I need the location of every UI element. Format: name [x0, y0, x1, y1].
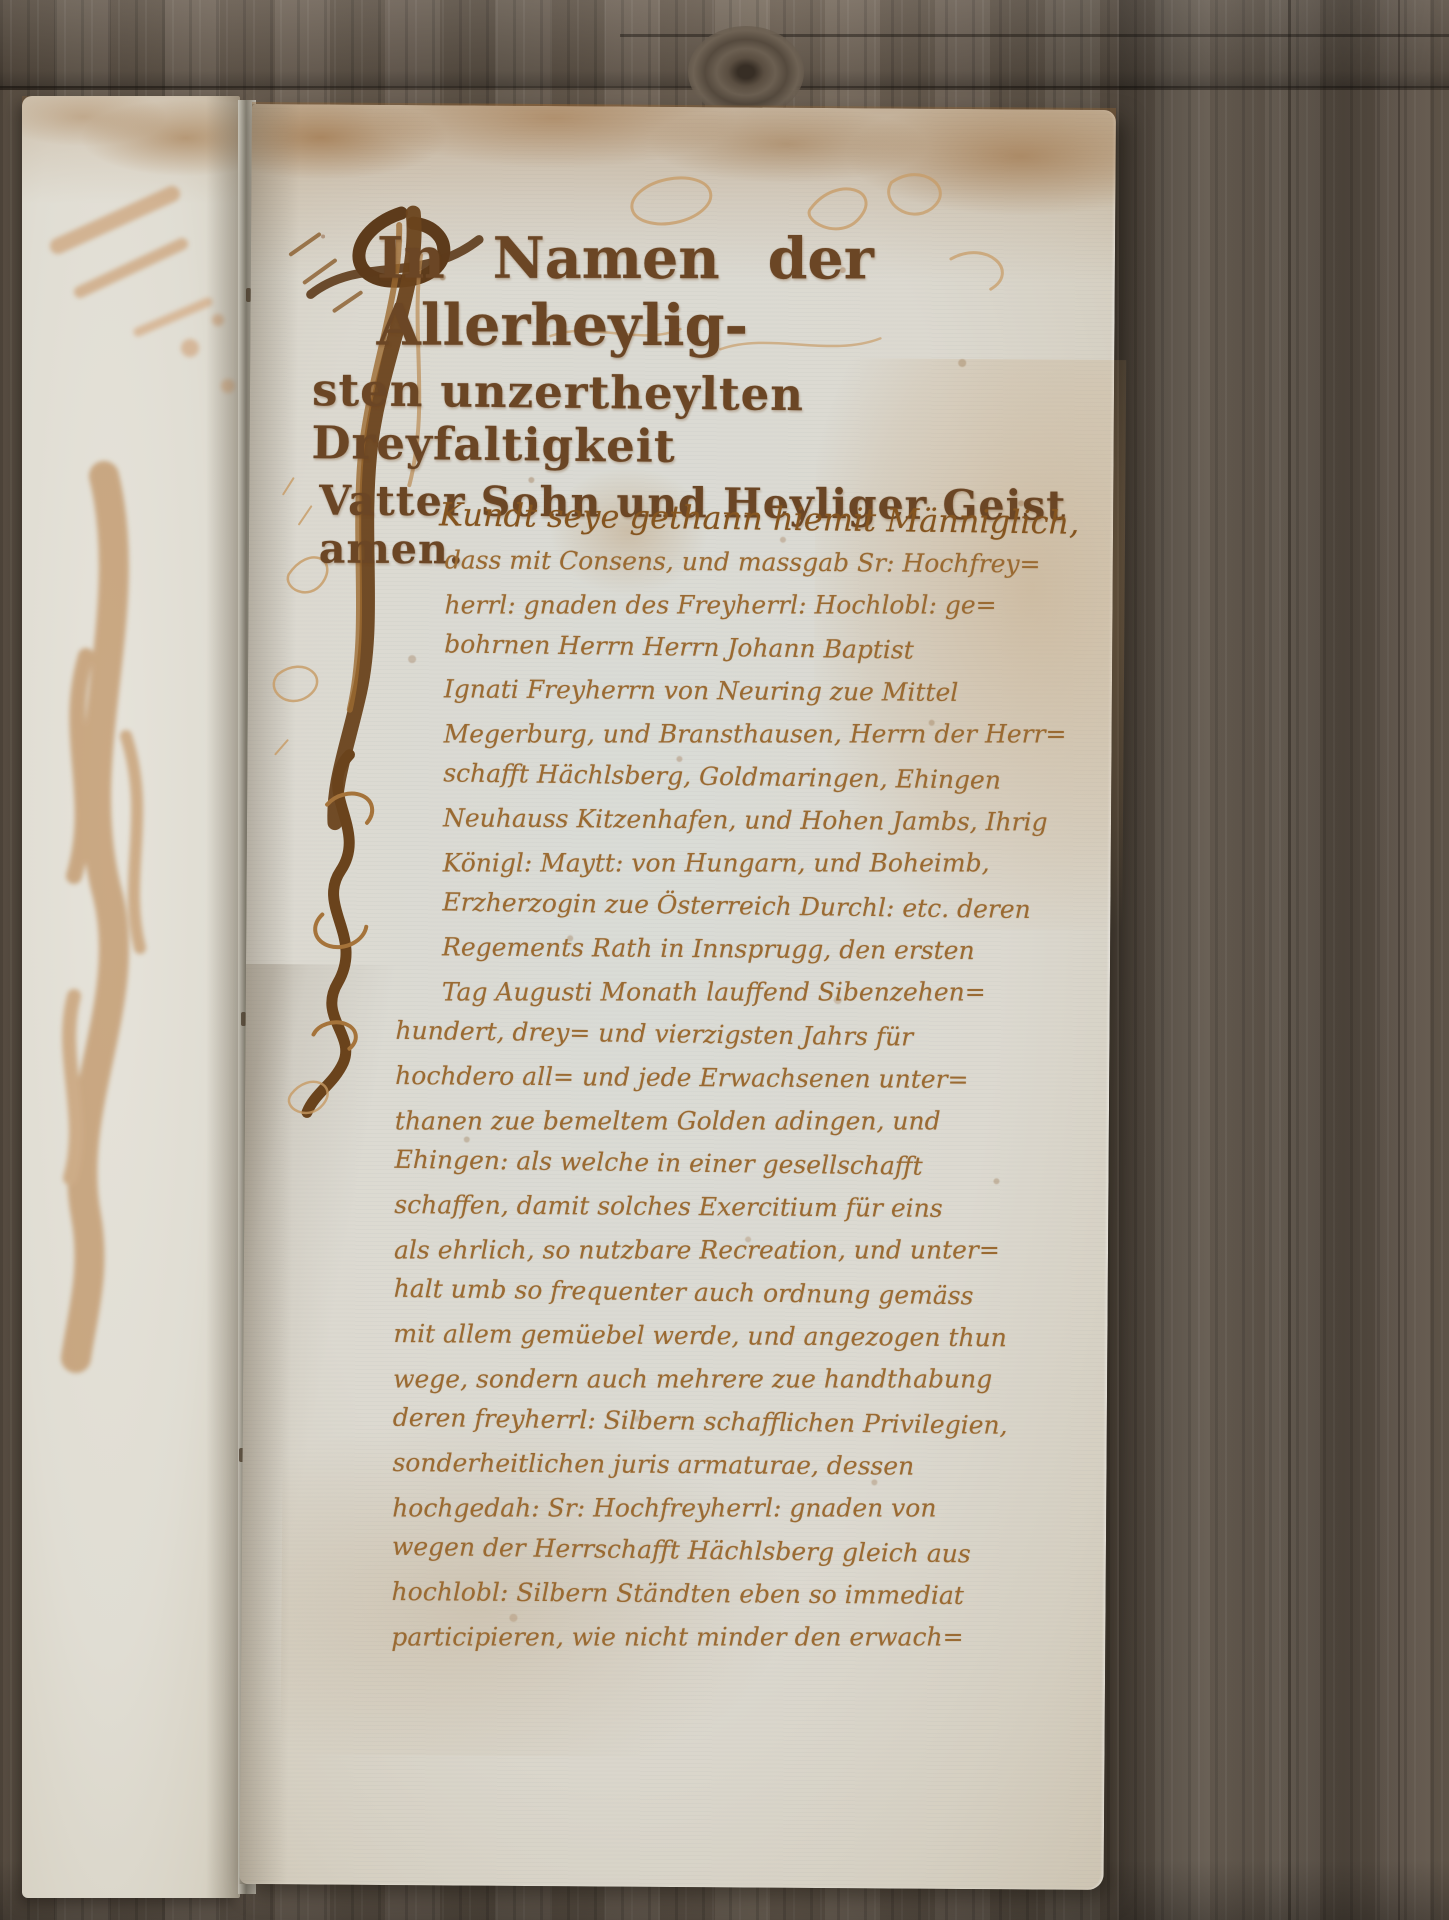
- manuscript-photo: In Namen der Allerheylig- sten unzerthey…: [0, 0, 1449, 1920]
- manuscript-text-line: hochdero all= und jede Erwachsenen unter…: [395, 1054, 1119, 1102]
- manuscript-text-line: Kundt seye gethann hiemit Männiglich,: [399, 493, 1124, 545]
- manuscript-text-line: als ehrlich, so nutzbare Recreation, und…: [394, 1229, 1118, 1272]
- manuscript-text-line: sonderheitlichen juris armaturae, dessen: [392, 1441, 1116, 1489]
- manuscript-text-line: hochgedah: Sr: Hochfreyherrl: gnaden von: [392, 1487, 1116, 1530]
- right-page: In Namen der Allerheylig- sten unzerthey…: [240, 104, 1116, 1890]
- manuscript-text-line: schaffen, damit solches Exercitium für e…: [394, 1183, 1118, 1231]
- manuscript-text-line: deren freyherrl: Silbern schafflichen Pr…: [393, 1396, 1118, 1448]
- manuscript-text-line: Königl: Maytt: von Hungarn, und Boheimb,: [397, 842, 1121, 885]
- manuscript-text-line: hundert, drey= und vierzigsten Jahrs für: [395, 1009, 1120, 1061]
- manuscript-text-line: hochlobl: Silbern Ständten eben so immed…: [391, 1570, 1115, 1618]
- manuscript-text-line: Regements Rath in Innsprugg, den ersten: [396, 925, 1120, 973]
- heading-line-2: sten unzertheylten Dreyfaltigkeit: [305, 363, 1096, 477]
- manuscript-text-line: halt umb so frequenter auch ordnung gemä…: [393, 1267, 1118, 1319]
- manuscript-text-line: wegen der Herrschafft Hächlsberg gleich …: [392, 1525, 1117, 1577]
- manuscript-text-line: Tag Augusti Monath lauffend Sibenzehen=: [396, 971, 1120, 1014]
- manuscript-text-line: thanen zue bemeltem Golden adingen, und: [395, 1100, 1119, 1143]
- heading-line-1: In Namen der Allerheylig-: [307, 224, 1097, 359]
- manuscript-text-line: bohrnen Herrn Herrn Johann Baptist: [398, 622, 1123, 674]
- manuscript-text-line: Megerburg, und Bransthausen, Herrn der H…: [398, 713, 1122, 756]
- manuscript-text-line: participieren, wie nicht minder den erwa…: [391, 1616, 1115, 1659]
- manuscript-text-line: dass mit Consens, und massgab Sr: Hochfr…: [399, 538, 1123, 586]
- manuscript-text-line: herrl: gnaden des Freyherrl: Hochlobl: g…: [399, 584, 1123, 627]
- manuscript-text-line: Ignati Freyherrn von Neuring zue Mittel: [398, 667, 1122, 715]
- wood-shading: [1119, 0, 1449, 1920]
- manuscript-text-line: Neuhauss Kitzenhafen, und Hohen Jambs, I…: [397, 796, 1121, 844]
- manuscript-text-line: Ehingen: als welche in einer gesellschaf…: [394, 1138, 1119, 1190]
- manuscript-text-line: Erzherzogin zue Österreich Durchl: etc. …: [396, 880, 1121, 932]
- page-gutter-shadow: [206, 96, 240, 1898]
- manuscript-text-line: mit allem gemüebel werde, und angezogen …: [393, 1312, 1117, 1360]
- manuscript-text-line: wege, sondern auch mehrere zue handthabu…: [393, 1358, 1117, 1401]
- manuscript-body: Kundt seye gethann hiemit Männiglich, da…: [391, 495, 1123, 1661]
- manuscript-text-line: schafft Hächlsberg, Goldmaringen, Ehinge…: [397, 751, 1122, 803]
- left-page: [22, 96, 240, 1898]
